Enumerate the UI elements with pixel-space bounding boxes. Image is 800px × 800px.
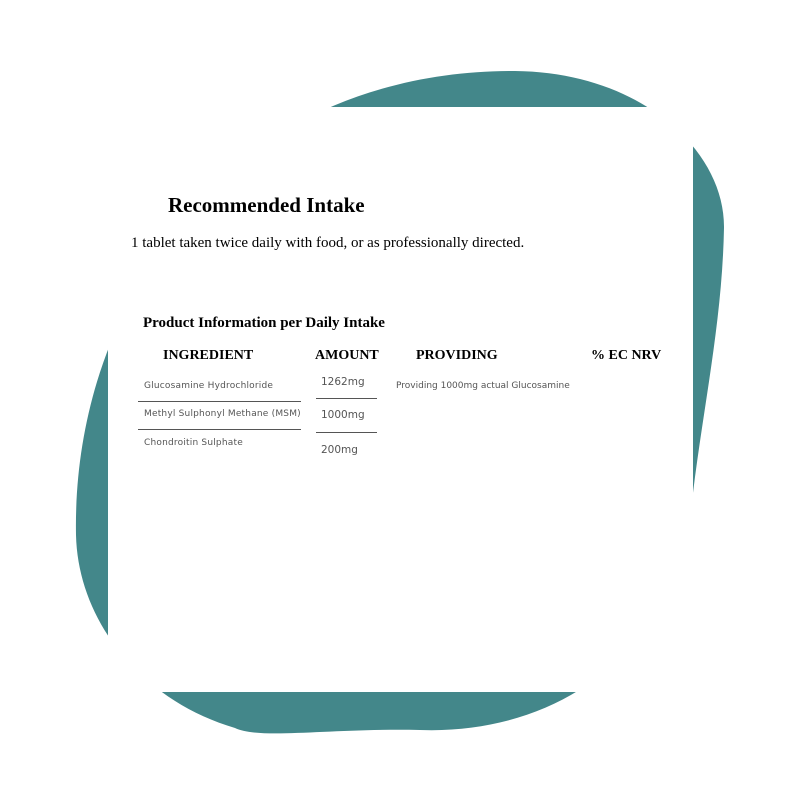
content-card: Recommended Intake 1 tablet taken twice … (108, 107, 693, 692)
product-info-title: Product Information per Daily Intake (143, 315, 385, 332)
ingredient-cell: Chondroitin Sulphate (144, 438, 243, 448)
intake-text: 1 tablet taken twice daily with food, or… (131, 235, 524, 252)
header-providing: PROVIDING (416, 348, 498, 364)
amount-cell: 1000mg (321, 409, 365, 421)
ingredient-cell: Glucosamine Hydrochloride (144, 381, 273, 391)
row-divider (138, 401, 301, 402)
row-divider (316, 398, 377, 399)
header-nrv: % EC NRV (591, 348, 661, 364)
header-amount: AMOUNT (315, 348, 379, 364)
intake-title: Recommended Intake (168, 193, 365, 218)
header-ingredient: INGREDIENT (163, 348, 253, 364)
row-divider (138, 429, 301, 430)
amount-cell: 200mg (321, 444, 358, 456)
row-divider (316, 432, 377, 433)
amount-cell: 1262mg (321, 376, 365, 388)
providing-cell: Providing 1000mg actual Glucosamine (396, 381, 578, 391)
ingredient-cell: Methyl Sulphonyl Methane (MSM) (144, 409, 301, 419)
